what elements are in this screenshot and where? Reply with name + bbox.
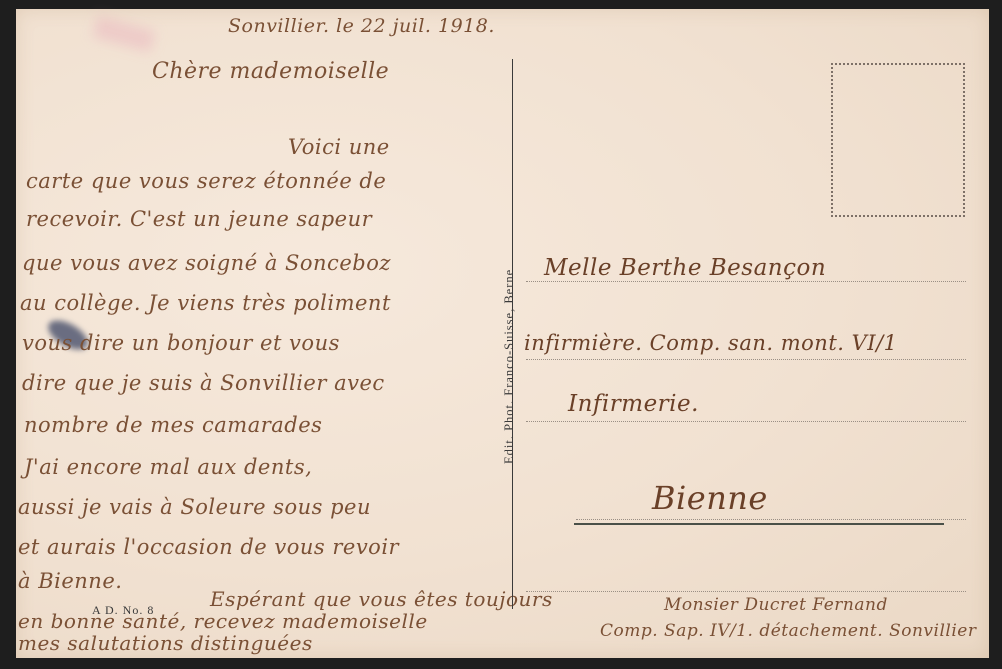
address-line-guide — [526, 281, 966, 282]
message-line: carte que vous serez étonnée de — [26, 169, 386, 193]
recipient-city: Bienne — [652, 479, 768, 517]
address-underline — [574, 523, 944, 525]
sender-name: Monsier Ducret Fernand — [664, 595, 888, 615]
recipient-facility: Infirmerie. — [568, 391, 699, 417]
message-line: à Bienne. — [18, 569, 122, 593]
publisher-imprint: Edit. Phot. Franco-Suisse, Berne — [502, 269, 517, 464]
message-line: vous dire un bonjour et vous — [22, 331, 340, 355]
address-line-guide — [526, 591, 966, 592]
salutation: Chère mademoiselle — [152, 59, 389, 84]
message-line: en bonne santé, recevez mademoiselle — [18, 609, 428, 633]
sender-unit: Comp. Sap. IV/1. détachement. Sonvillier — [600, 621, 976, 641]
postcard-back: Sonvillier. le 22 juil. 1918. Chère made… — [16, 9, 989, 658]
message-line: dire que je suis à Sonvillier avec — [22, 371, 385, 395]
message-line: que vous avez soigné à Sonceboz — [22, 251, 391, 275]
place-date: Sonvillier. le 22 juil. 1918. — [228, 15, 495, 37]
message-line: Espérant que vous êtes toujours — [210, 587, 553, 611]
recipient-unit: infirmière. Comp. san. mont. VI/1 — [524, 331, 898, 355]
message-line: et aurais l'occasion de vous revoir — [18, 535, 399, 559]
message-line: recevoir. C'est un jeune sapeur — [26, 207, 372, 231]
catalog-number: A D. No. 8 — [92, 603, 154, 618]
address-line-guide — [576, 519, 966, 520]
message-line: nombre de mes camarades — [24, 413, 322, 437]
recipient-name: Melle Berthe Besançon — [544, 255, 826, 281]
stain — [92, 16, 156, 53]
message-line: mes salutations distinguées — [18, 631, 313, 655]
address-line-guide — [526, 421, 966, 422]
message-line: J'ai encore mal aux dents, — [24, 455, 312, 479]
message-line: aussi je vais à Soleure sous peu — [18, 495, 371, 519]
message-line: au collège. Je viens très poliment — [20, 291, 391, 315]
address-line-guide — [526, 359, 966, 360]
message-line: Voici une — [288, 135, 390, 159]
stamp-placeholder — [831, 63, 965, 217]
